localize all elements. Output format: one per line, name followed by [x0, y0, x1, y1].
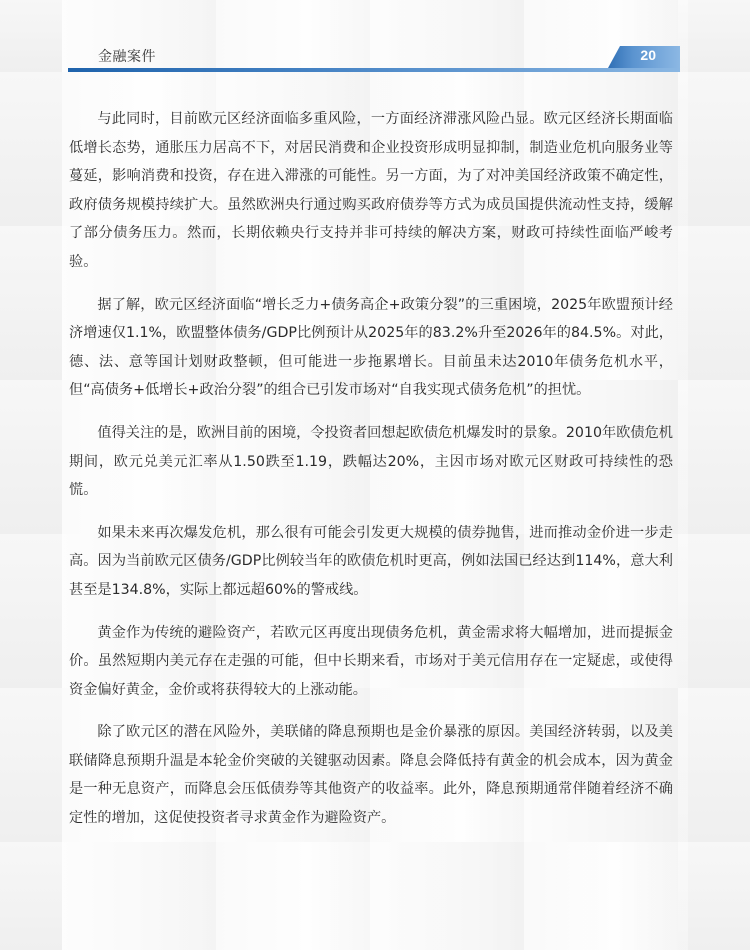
header-divider — [68, 68, 680, 72]
section-title: 金融案件 — [98, 46, 156, 66]
paragraph: 据了解，欧元区经济面临“增长乏力+债务高企+政策分裂”的三重困境，2025年欧盟… — [69, 291, 673, 405]
paragraph: 黄金作为传统的避险资产，若欧元区再度出现债务危机，黄金需求将大幅增加，进而提振金… — [69, 619, 673, 705]
paragraph: 如果未来再次爆发危机，那么很有可能会引发更大规模的债券抛售，进而推动金价进一步走… — [69, 519, 673, 605]
paragraph: 除了欧元区的潜在风险外，美联储的降息预期也是金价暴涨的原因。美国经济转弱，以及美… — [69, 718, 673, 832]
page-number: 20 — [640, 47, 656, 63]
paragraph: 与此同时，目前欧元区经济面临多重风险，一方面经济滞涨风险凸显。欧元区经济长期面临… — [69, 105, 673, 277]
paragraph: 值得关注的是，欧洲目前的困境，令投资者回想起欧债危机爆发时的景象。2010年欧债… — [69, 419, 673, 505]
article-body: 与此同时，目前欧元区经济面临多重风险，一方面经济滞涨风险凸显。欧元区经济长期面临… — [69, 105, 673, 847]
page-header: 金融案件 20 — [68, 44, 680, 74]
